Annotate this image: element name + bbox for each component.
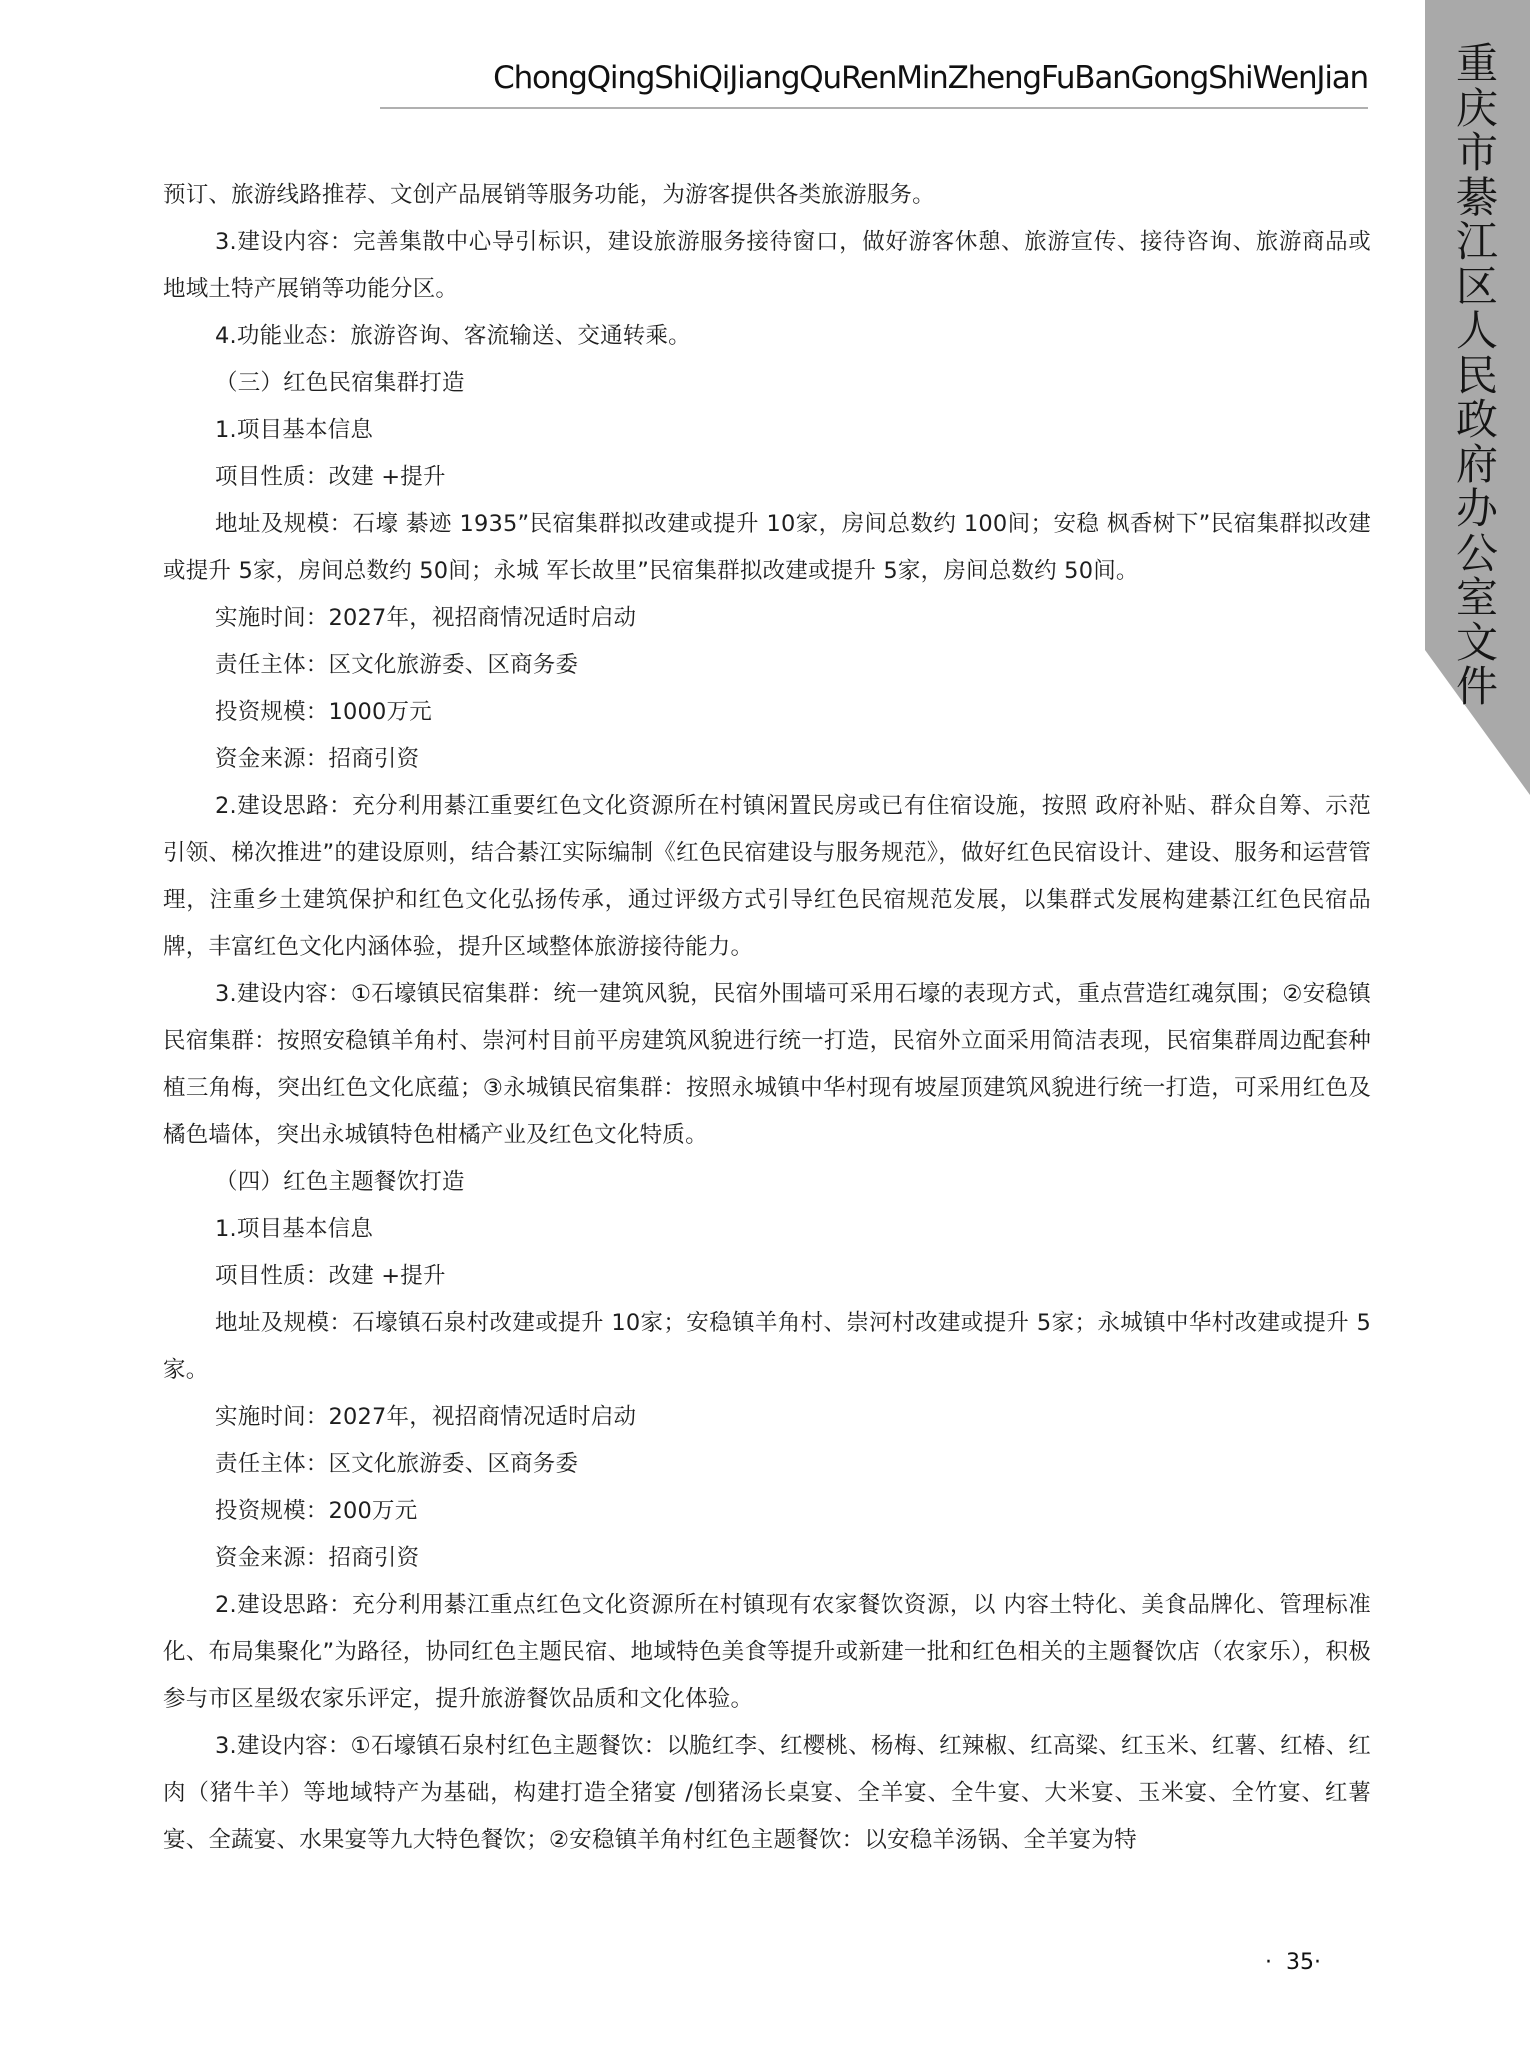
paragraph: 预订、旅游线路推荐、文创产品展销等服务功能，为游客提供各类旅游服务。 [163,172,1371,219]
paragraph: 2.建设思路：充分利用綦江重要红色文化资源所在村镇闲置民房或已有住宿设施，按照 … [163,783,1371,971]
section-heading: （三）红色民宿集群打造 [163,360,1371,407]
subsection-heading: 1.项目基本信息 [163,407,1371,454]
header-divider [380,107,1368,109]
info-line: 实施时间：2027年，视招商情况适时启动 [163,595,1371,642]
info-line: 实施时间：2027年，视招商情况适时启动 [163,1394,1371,1441]
paragraph: 3.建设内容：完善集散中心导引标识，建设旅游服务接待窗口，做好游客休憩、旅游宣传… [163,219,1371,313]
info-line: 投资规模：1000万元 [163,689,1371,736]
paragraph: 地址及规模：石壕镇石泉村改建或提升 10家；安稳镇羊角村、崇河村改建或提升 5家… [163,1300,1371,1394]
running-header-title: ChongQingShiQiJiangQuRenMinZhengFuBanGon… [418,60,1368,96]
subsection-heading: 1.项目基本信息 [163,1206,1371,1253]
paragraph: 地址及规模：石壕 綦迹 1935”民宿集群拟改建或提升 10家，房间总数约 10… [163,501,1371,595]
info-line: 投资规模：200万元 [163,1488,1371,1535]
side-tab-label: 重庆市綦江区人民政府办公室文件 [1446,42,1508,710]
info-line: 责任主体：区文化旅游委、区商务委 [163,1441,1371,1488]
info-line: 项目性质：改建 +提升 [163,1253,1371,1300]
page-number: · 35· [1265,1950,1321,1975]
info-line: 资金来源：招商引资 [163,736,1371,783]
paragraph: 3.建设内容：①石壕镇民宿集群：统一建筑风貌，民宿外围墙可采用石壕的表现方式，重… [163,971,1371,1159]
paragraph: 3.建设内容：①石壕镇石泉村红色主题餐饮：以脆红李、红樱桃、杨梅、红辣椒、红高粱… [163,1723,1371,1864]
paragraph: 4.功能业态：旅游咨询、客流输送、交通转乘。 [163,313,1371,360]
section-heading: （四）红色主题餐饮打造 [163,1159,1371,1206]
document-body: 预订、旅游线路推荐、文创产品展销等服务功能，为游客提供各类旅游服务。 3.建设内… [163,172,1371,1864]
info-line: 项目性质：改建 +提升 [163,454,1371,501]
info-line: 责任主体：区文化旅游委、区商务委 [163,642,1371,689]
info-line: 资金来源：招商引资 [163,1535,1371,1582]
paragraph: 2.建设思路：充分利用綦江重点红色文化资源所在村镇现有农家餐饮资源，以 内容土特… [163,1582,1371,1723]
